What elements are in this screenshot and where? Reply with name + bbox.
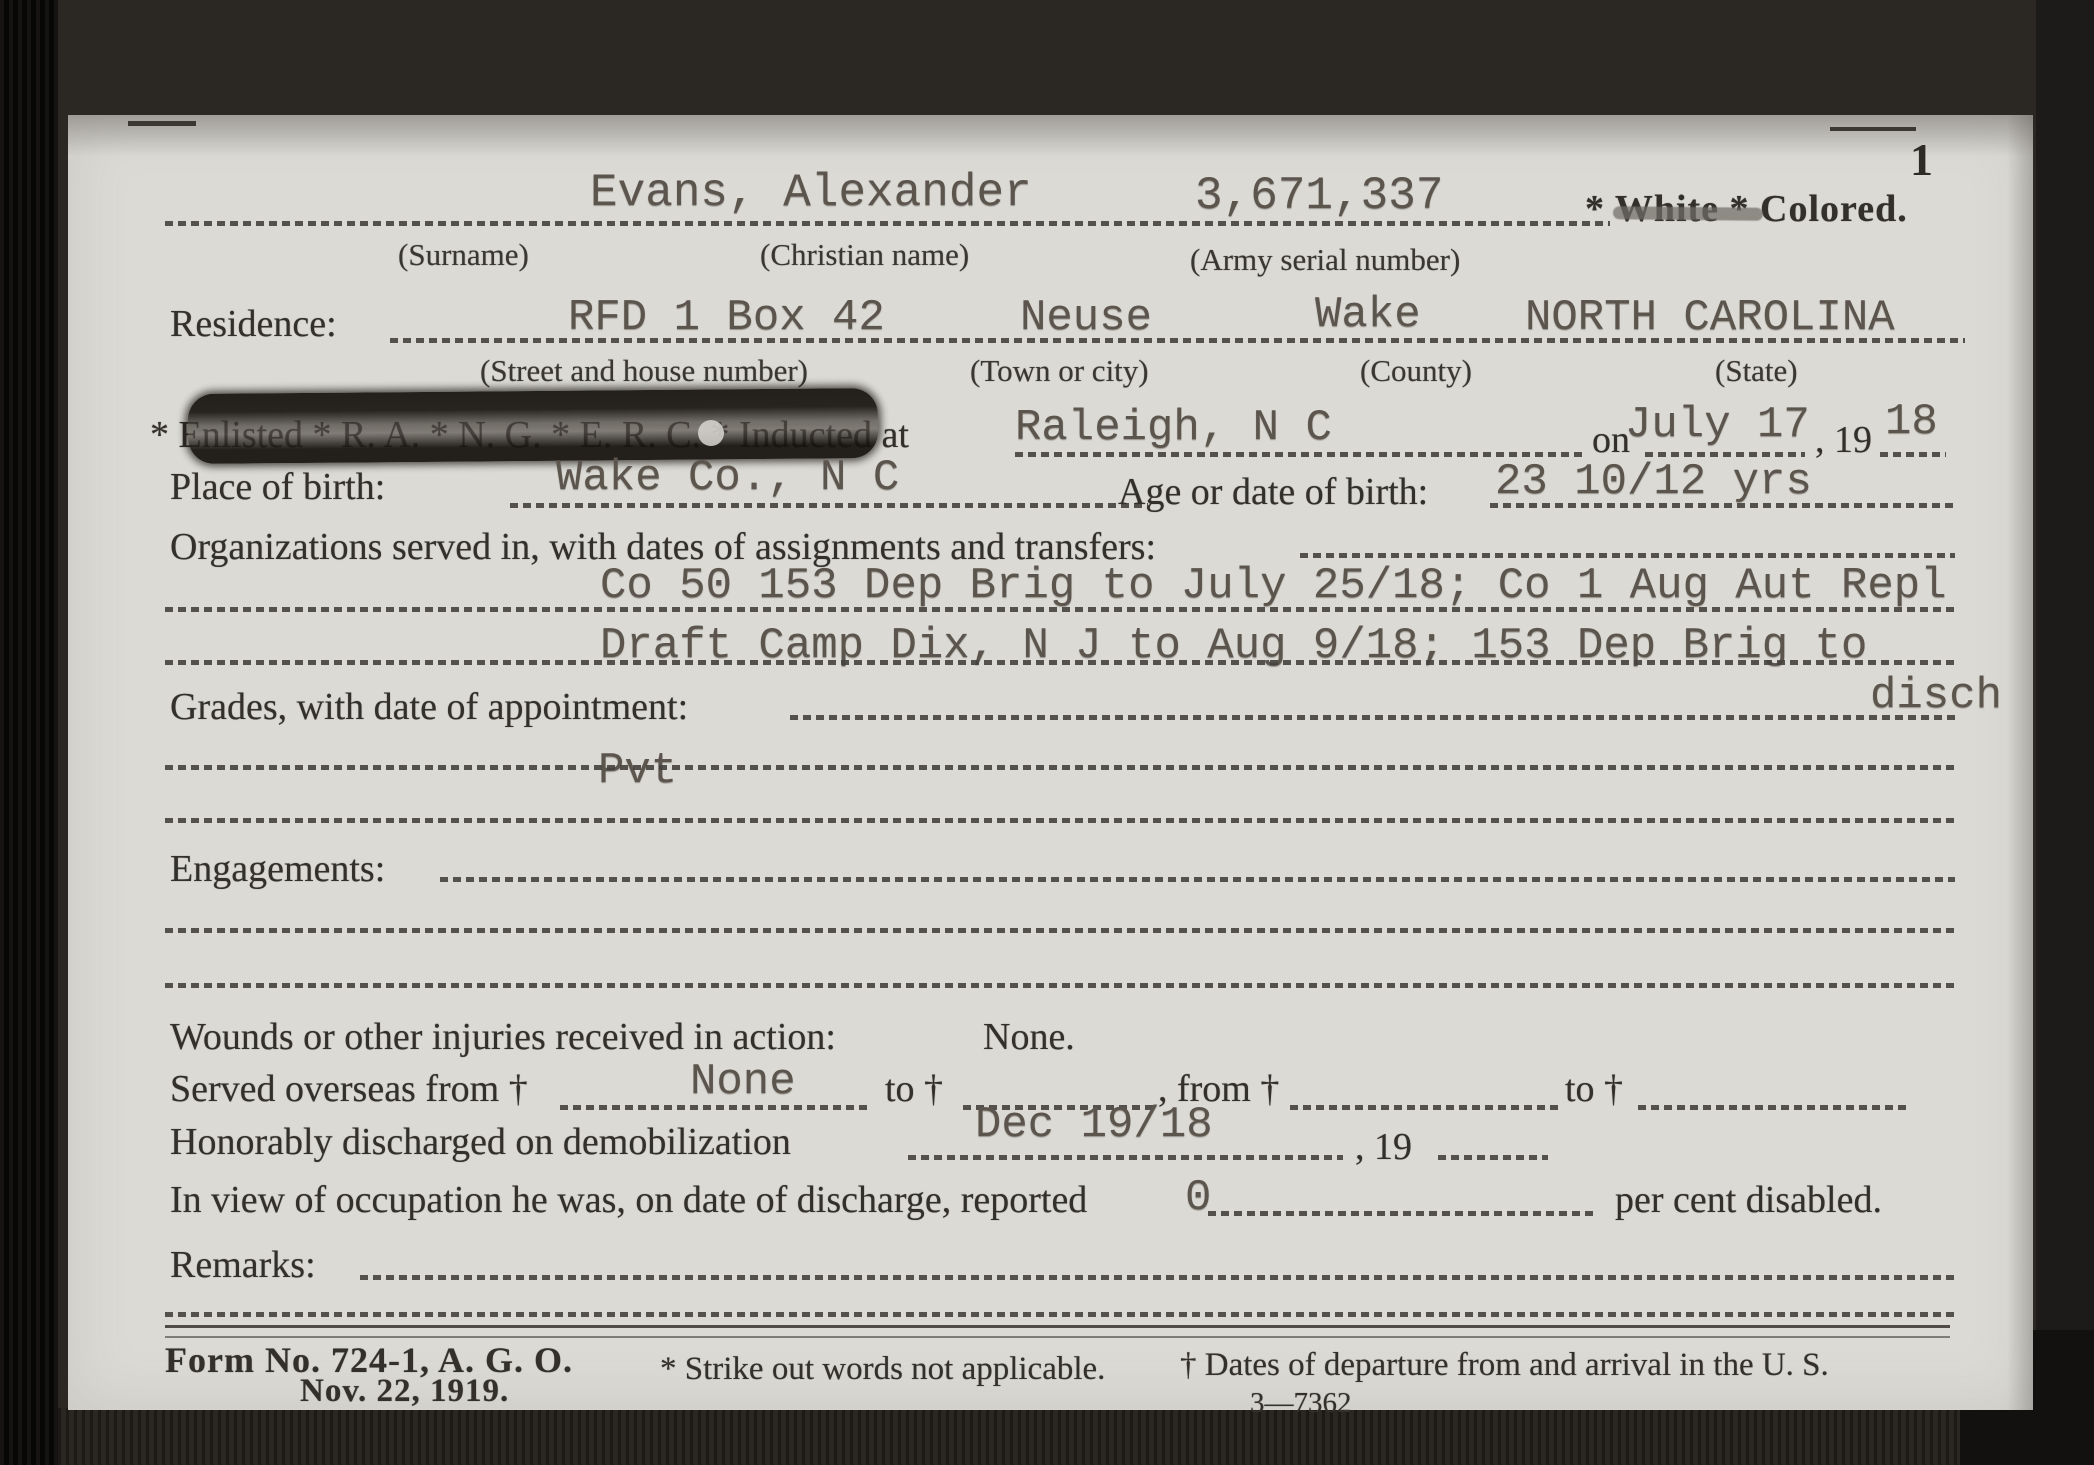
overseas-dashed-line-3 [1290, 1105, 1560, 1110]
overseas-from1-value: None [690, 1057, 796, 1107]
disability-label: In view of occupation he was, on date of… [170, 1178, 1087, 1222]
year-prefix-label: , 19 [1815, 418, 1872, 462]
dagger-note-label: † Dates of departure from and arrival in… [1180, 1347, 1829, 1384]
overseas-from1-label: Served overseas from † [170, 1067, 528, 1111]
discharge-year-dashed-line [1438, 1155, 1548, 1160]
form-date-label: Nov. 22, 1919. [300, 1373, 509, 1410]
grade-value: Pvt [598, 746, 677, 796]
grades-dashed-line-1 [165, 765, 1955, 770]
organizations-dashed-line-1 [165, 607, 1955, 612]
residence-label: Residence: [170, 302, 337, 346]
state-label: (State) [1715, 353, 1798, 389]
county-label: (County) [1360, 353, 1472, 389]
residence-county-value: Wake [1315, 290, 1421, 340]
age-value: 23 10/12 yrs [1495, 457, 1812, 507]
scan-edge-bottom [58, 1408, 2036, 1465]
surname-label: (Surname) [398, 237, 529, 273]
organizations-label-dashed-line [1300, 553, 1955, 558]
smear-hole-dot [698, 420, 724, 446]
grades-label: Grades, with date of appointment: [170, 685, 688, 729]
enlistment-year-value: 18 [1885, 397, 1938, 447]
enlistment-year-dashed-line [1880, 452, 1946, 457]
organizations-line3-value: disch [1870, 671, 2002, 721]
overseas-dashed-line-4 [1638, 1105, 1908, 1110]
age-label: Age or date of birth: [1118, 470, 1428, 514]
bottom-dashed-line [165, 1312, 1955, 1317]
engagements-dashed-line-2 [165, 928, 1955, 933]
scan-edge-right [2036, 0, 2094, 1465]
age-dashed-line [1490, 503, 1955, 508]
engagements-dashed-line [440, 877, 1955, 882]
strike-note-label: * Strike out words not applicable. [660, 1351, 1105, 1388]
scan-edge-left [0, 0, 58, 1465]
residence-dashed-line [390, 338, 1965, 343]
street-label: (Street and house number) [480, 353, 808, 389]
discharge-date-value: Dec 19/18 [975, 1100, 1213, 1150]
grades-dashed-line-2 [165, 818, 1955, 823]
residence-street-value: RFD 1 Box 42 [568, 293, 885, 343]
overseas-dashed-line-1 [560, 1105, 870, 1110]
engagements-dashed-line-3 [165, 983, 1955, 988]
residence-town-value: Neuse [1020, 293, 1152, 343]
disability-suffix-label: per cent disabled. [1615, 1178, 1882, 1222]
wounds-label: Wounds or other injuries received in act… [170, 1015, 836, 1059]
residence-state-value: NORTH CAROLINA [1525, 293, 1895, 343]
page-number-rule [1830, 127, 1916, 131]
wounds-value: None. [983, 1015, 1075, 1059]
town-label: (Town or city) [970, 353, 1149, 389]
army-serial-value: 3,671,337 [1195, 170, 1443, 222]
page-number: 1 [1910, 133, 1933, 186]
surname-christian-value: Evans, Alexander [590, 167, 1032, 219]
remarks-dashed-line [360, 1275, 1955, 1280]
white-strikeout-mark [1613, 206, 1763, 221]
organizations-line1-value: Co 50 153 Dep Brig to July 25/18; Co 1 A… [600, 561, 1947, 611]
discharge-year-label: , 19 [1355, 1125, 1412, 1169]
top-left-mark [128, 121, 196, 126]
service-record-card: 1 Evans, Alexander 3,671,337 * White * C… [68, 115, 2033, 1410]
birth-place-dashed-line [510, 503, 1148, 508]
discharge-label: Honorably discharged on demobilization [170, 1120, 791, 1164]
engagements-label: Engagements: [170, 847, 385, 891]
overseas-to1-label: to † [885, 1067, 943, 1111]
birth-place-label: Place of birth: [170, 465, 385, 509]
overseas-to2-label: to † [1565, 1067, 1623, 1111]
induction-place-value: Raleigh, N C [1015, 403, 1332, 453]
birth-place-value: Wake Co., N C [556, 453, 899, 503]
name-dashed-line [165, 221, 1610, 226]
organizations-dashed-line-2 [165, 660, 1955, 665]
grades-label-dashed-line [790, 715, 1955, 720]
discharge-dashed-line [908, 1155, 1343, 1160]
army-serial-label: (Army serial number) [1190, 242, 1460, 278]
enlistment-date-value: July 17 [1625, 400, 1810, 450]
print-code-label: 3—7362 [1250, 1387, 1352, 1420]
christian-name-label: (Christian name) [760, 237, 969, 273]
disability-dashed-line [1208, 1211, 1593, 1216]
remarks-label: Remarks: [170, 1243, 316, 1287]
bottom-double-rule [165, 1325, 1950, 1338]
